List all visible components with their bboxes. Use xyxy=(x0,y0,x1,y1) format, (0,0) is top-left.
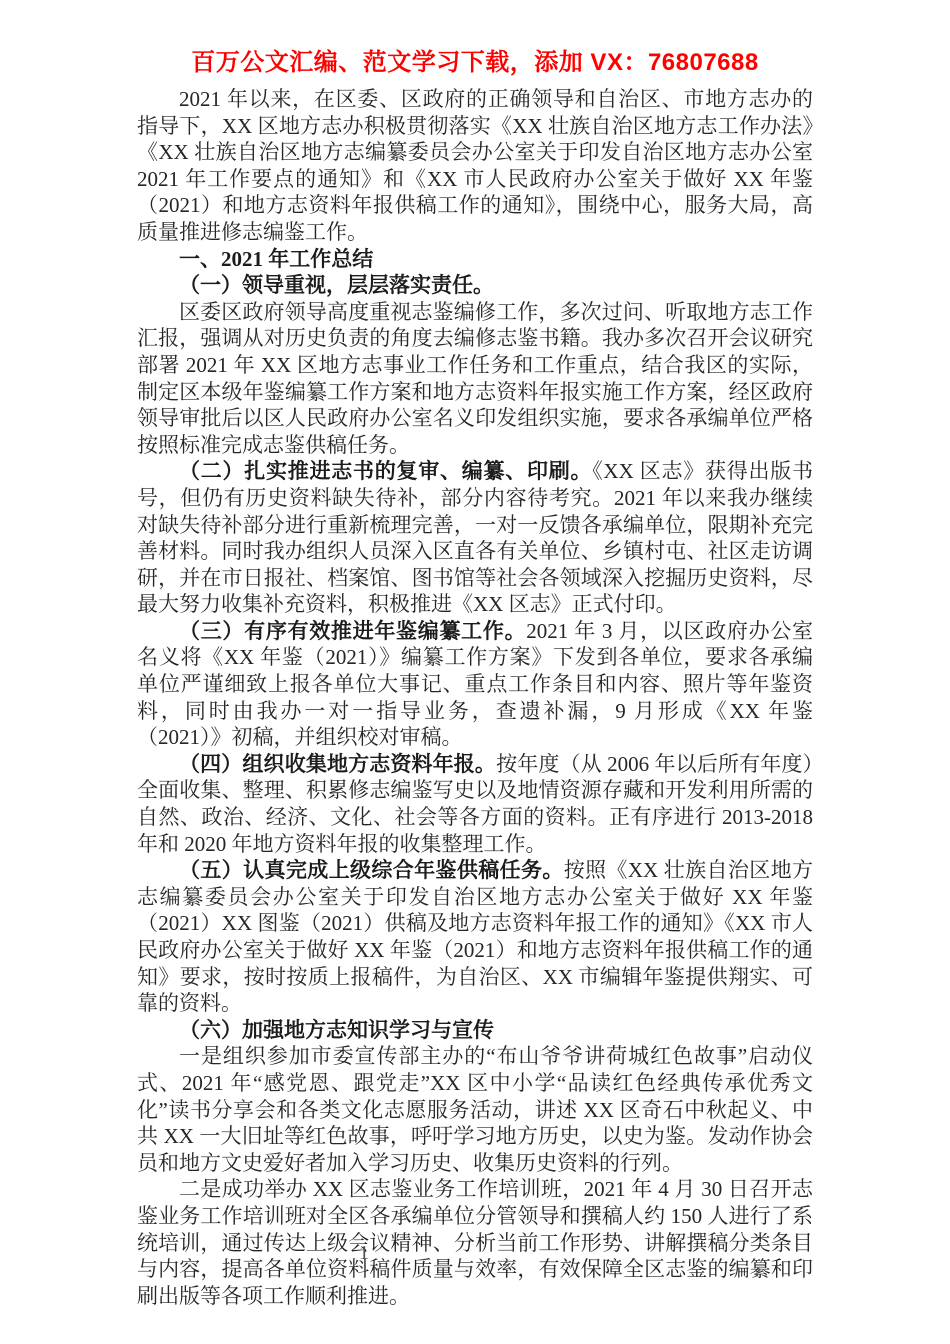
paragraph: （五）认真完成上级综合年鉴供稿任务。按照《XX 壮族自治区地方志编纂委员会办公室… xyxy=(137,857,813,1017)
section-heading: 一、2021 年工作总结 xyxy=(137,246,813,273)
paragraph-bold-lead: （五）认真完成上级综合年鉴供稿任务。 xyxy=(179,858,564,882)
section-heading: （一）领导重视，层层落实责任。 xyxy=(137,272,813,299)
paragraph: 二是成功举办 XX 区志鉴业务工作培训班，2021 年 4 月 30 日召开志鉴… xyxy=(137,1176,813,1309)
section-heading: （六）加强地方志知识学习与宣传 xyxy=(137,1017,813,1044)
paragraph: 2021 年以来，在区委、区政府的正确领导和自治区、市地方志办的指导下，XX 区… xyxy=(137,86,813,246)
paragraph-bold-lead: （二）扎实推进志书的复审、编纂、印刷。 xyxy=(179,459,592,483)
promo-header-text: 百万公文汇编、范文学习下载，添加 VX：76807688 xyxy=(0,42,950,77)
document-page: 百万公文汇编、范文学习下载，添加 VX：76807688 2021 年以来，在区… xyxy=(0,0,950,1344)
paragraph: 区委区政府领导高度重视志鉴编修工作，多次过问、听取地方志工作汇报，强调从对历史负… xyxy=(137,299,813,459)
page-number: 1 xyxy=(350,1242,378,1265)
paragraph: （三）有序有效推进年鉴编纂工作。2021 年 3 月，以区政府办公室名义将《XX… xyxy=(137,618,813,751)
paragraph: （二）扎实推进志书的复审、编纂、印刷。《XX 区志》获得出版书号，但仍有历史资料… xyxy=(137,458,813,618)
paragraph-bold-lead: （四）组织收集地方志资料年报。 xyxy=(179,752,496,776)
paragraph: （四）组织收集地方志资料年报。按年度（从 2006 年以后所有年度）全面收集、整… xyxy=(137,751,813,857)
paragraph: 一是组织参加市委宣传部主办的“布山爷爷讲荷城红色故事”启动仪式、2021 年“感… xyxy=(137,1043,813,1176)
paragraph-bold-lead: （三）有序有效推进年鉴编纂工作。 xyxy=(179,619,526,643)
document-body: 2021 年以来，在区委、区政府的正确领导和自治区、市地方志办的指导下，XX 区… xyxy=(137,86,813,1309)
